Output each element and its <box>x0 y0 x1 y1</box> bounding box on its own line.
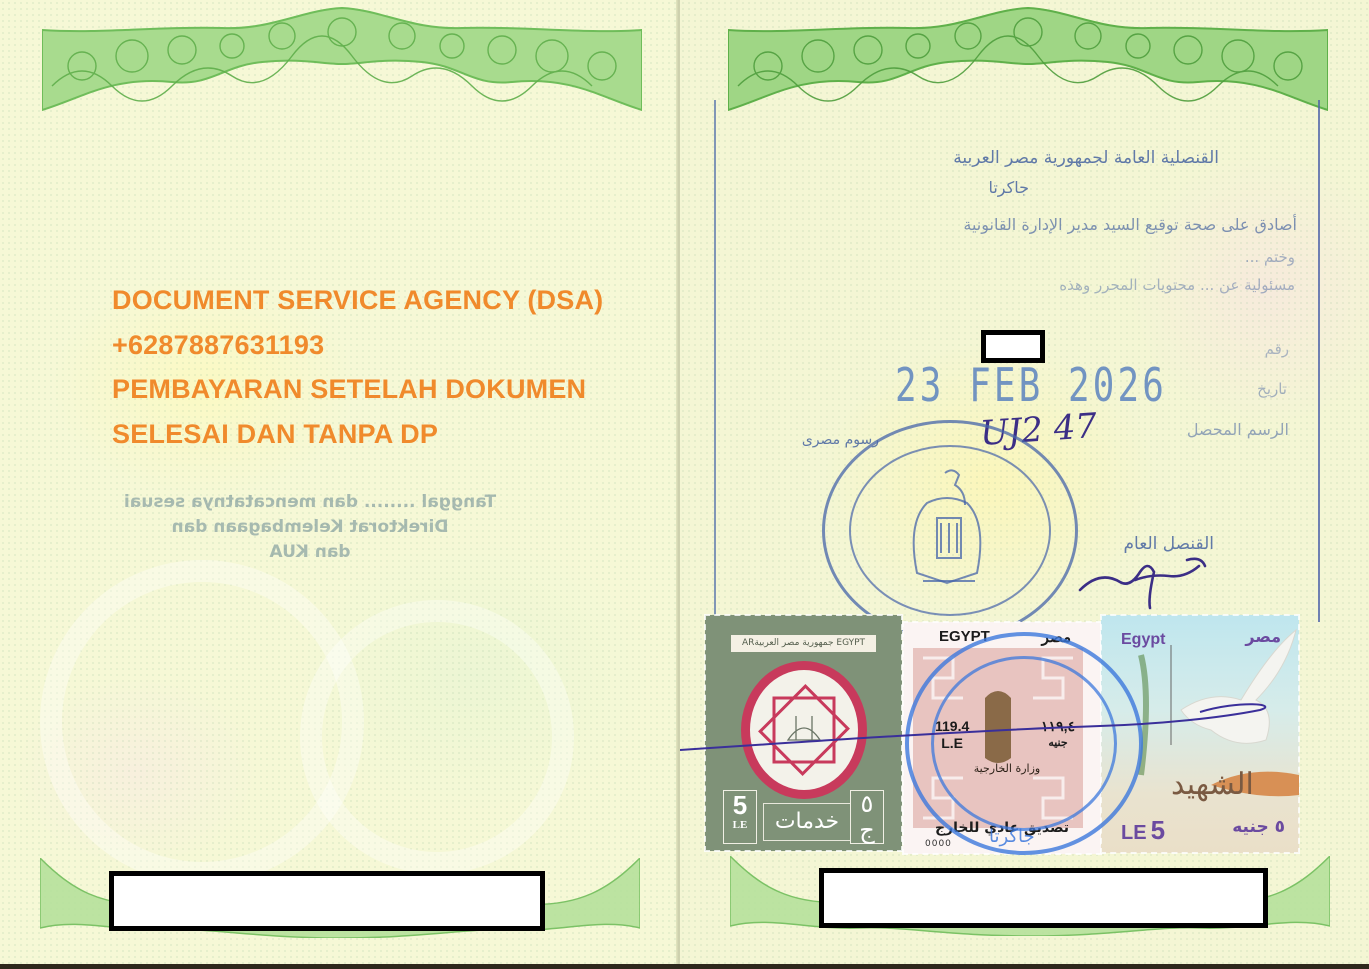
showthrough-text: Tanggal ........ dan mencatatnya sesuai … <box>90 490 530 565</box>
top-ornament-border <box>42 6 642 114</box>
top-ornament-border <box>728 6 1328 114</box>
field-date-label: تاريخ <box>1257 380 1287 398</box>
stamp-header-prefix: AR <box>742 638 754 648</box>
stamp-value-arabic-unit: ج <box>851 817 883 843</box>
legalization-body-line3: مسئولية عن ... محتويات المحرر وهذه <box>1059 276 1295 294</box>
showthrough-line: Tanggal ........ dan mencatatnya sesuai <box>90 490 530 515</box>
stamp-value-latin: LE5 <box>1121 815 1165 846</box>
left-bottom-redaction <box>109 871 545 931</box>
legalization-body-line1: أصادق على صحة توقيع السيد مدير الإدارة ا… <box>963 215 1297 234</box>
stamp-title-arabic: الشهيد <box>1171 767 1254 802</box>
eagle-emblem-icon <box>897 463 1001 603</box>
consul-signature <box>1075 540 1215 615</box>
consulate-seal <box>822 420 1078 641</box>
field-fee-label: الرسم المحصل <box>1187 420 1289 439</box>
field-number-label: رقم <box>1265 340 1289 358</box>
left-page: DOCUMENT SERVICE AGENCY (DSA) +628788763… <box>0 0 678 965</box>
legalization-body-line2: وختم ... <box>1245 248 1295 266</box>
consulate-city: جاكرتا <box>988 178 1029 197</box>
stamp-serial-marks: 0000 <box>925 839 952 849</box>
agency-name: DOCUMENT SERVICE AGENCY (DSA) <box>112 278 603 323</box>
right-bottom-redaction <box>819 868 1268 928</box>
watermark-ring <box>300 600 574 874</box>
date-stamp: 23 FEB 2026 <box>895 358 1167 412</box>
agency-overlay-text: DOCUMENT SERVICE AGENCY (DSA) +628788763… <box>112 278 603 456</box>
stamp-value-latin: 5 LE <box>723 790 757 844</box>
stamp-value-number: 5 <box>1151 815 1165 845</box>
stamp-header: ARجمهورية مصر العربية EGYPT <box>731 635 876 652</box>
stamp-header-text: جمهورية مصر العربية EGYPT <box>754 638 865 648</box>
stamp-value-number: 5 <box>724 791 756 819</box>
stamp-country-en: Egypt <box>1121 631 1165 649</box>
scan-bottom-edge <box>0 964 1369 969</box>
showthrough-line: Direktorat Kelembagaan dan <box>90 515 530 540</box>
consulate-heading: القنصلية العامة لجمهورية مصر العربية <box>953 148 1219 168</box>
stamp-value-unit: LE <box>1121 822 1147 844</box>
blue-stamp-city: جاكرتا <box>989 826 1035 847</box>
ink-cancellation-line <box>680 700 1369 760</box>
agency-note-line1: PEMBAYARAN SETELAH DOKUMEN <box>112 367 603 412</box>
stamp-value-arabic-number: ٥ <box>851 791 883 817</box>
agency-phone: +6287887631193 <box>112 323 603 368</box>
stamp-value-unit: LE <box>724 819 756 831</box>
stamp-label-arabic: خدمات <box>763 803 851 841</box>
agency-note-line2: SELESAI DAN TANPA DP <box>112 412 603 457</box>
stamp-country-ar: مصر <box>1245 627 1281 646</box>
stamp-value-arabic: ٥ جنيه <box>1232 817 1285 837</box>
stamp-value-arabic: ٥ ج <box>850 790 884 844</box>
showthrough-line: dan KUA <box>90 540 530 565</box>
